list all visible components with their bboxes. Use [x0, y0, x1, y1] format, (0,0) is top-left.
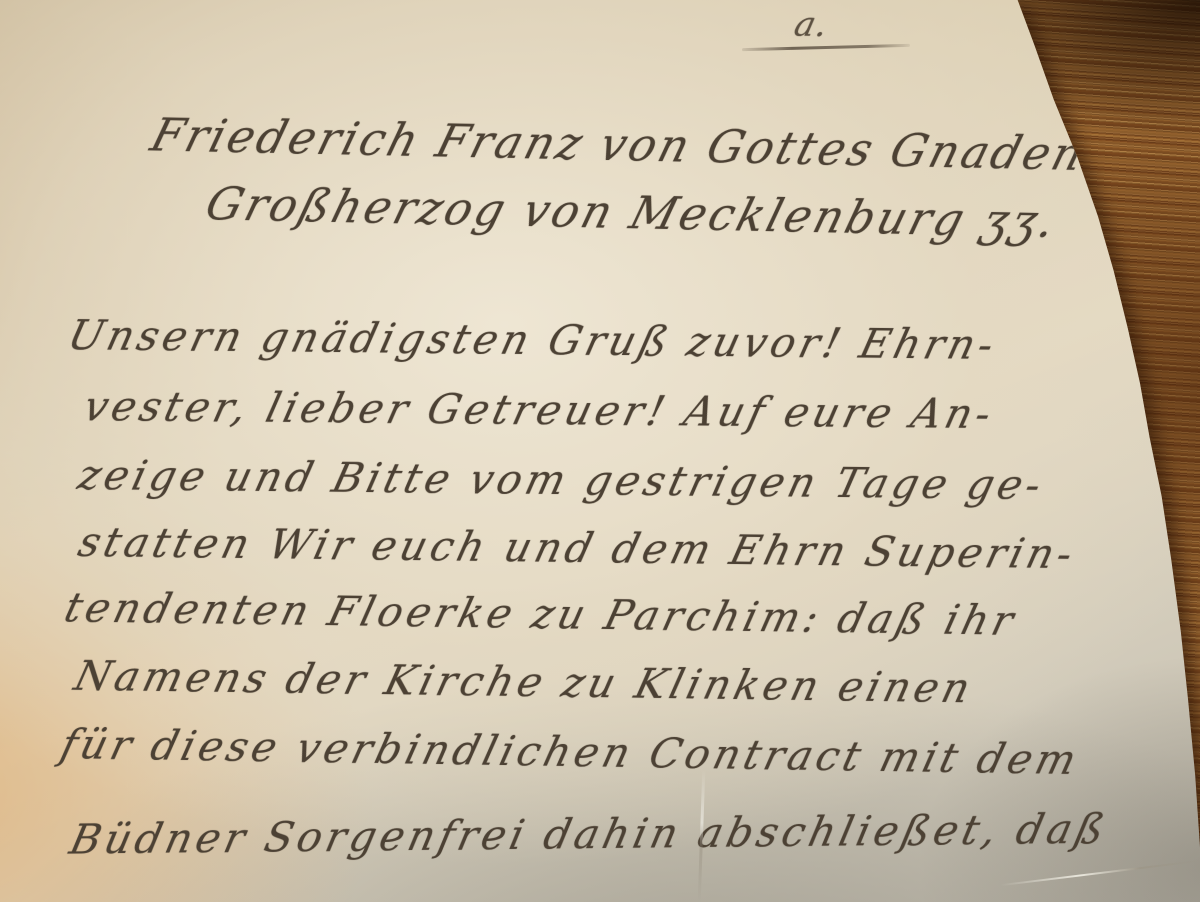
page-marker: a. [791, 8, 832, 43]
paper-sheet: a. Friederich Franz von Gottes Gnaden Gr… [0, 0, 1200, 902]
heading-line-2: Großherzog von Mecklenburg ʒʒ. [201, 181, 1063, 244]
paper-crease-diagonal [1001, 860, 1200, 886]
body-line: Namens der Kirche zu Klinken einen [70, 656, 977, 710]
body-line: zeige und Bitte vom gestrigen Tage ge- [74, 455, 1049, 506]
body-line: Büdner Sorgenfrei dahin abschließet, daß [66, 809, 1112, 861]
body-line: tendenten Floerke zu Parchim: daß ihr [61, 587, 1022, 641]
body-line: statten Wir euch und dem Ehrn Superin- [74, 522, 1080, 575]
body-line: vester, lieber Getreuer! Auf eure An- [80, 386, 999, 435]
heading-line-1: Friederich Franz von Gottes Gnaden [146, 112, 1090, 177]
body-line: Unsern gnädigsten Gruß zuvor! Ehrn- [64, 315, 1001, 366]
page-marker-underline [742, 44, 910, 51]
body-line: für diese verbindlichen Contract mit dem [57, 724, 1084, 781]
paper-sheet-shadow: a. Friederich Franz von Gottes Gnaden Gr… [0, 0, 1200, 902]
photo-stage: a. Friederich Franz von Gottes Gnaden Gr… [0, 0, 1200, 902]
